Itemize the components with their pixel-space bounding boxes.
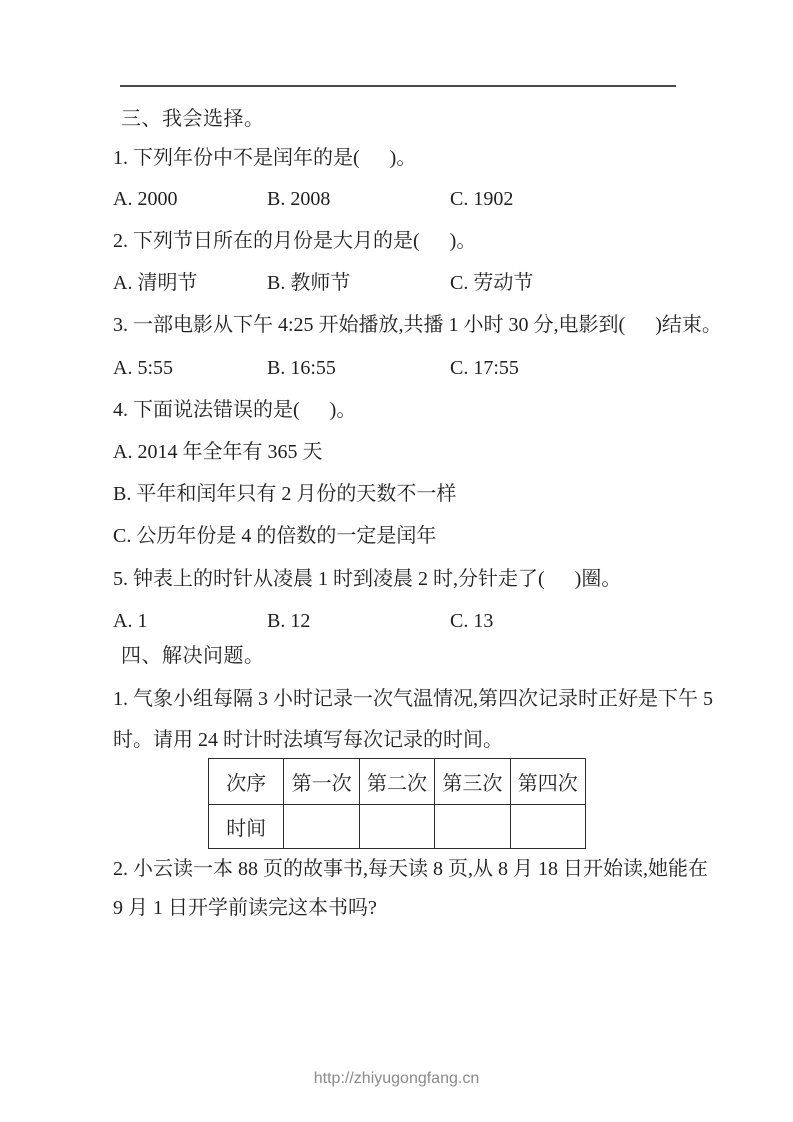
question-4-option-a: A. 2014 年全年有 365 天 — [113, 437, 322, 467]
question-1-option-c: C. 1902 — [450, 184, 678, 214]
problem-2-text-line2: 9 月 1 日开学前读完这本书吗? — [113, 893, 377, 923]
question-5-option-c: C. 13 — [450, 606, 678, 636]
question-1-text: 1. 下列年份中不是闰年的是( )。 — [113, 143, 416, 173]
question-3-option-a: A. 5:55 — [113, 353, 267, 383]
question-2-option-a: A. 清明节 — [113, 268, 267, 298]
question-1-options: A. 2000 B. 2008 C. 1902 — [113, 184, 678, 214]
question-4-option-c: C. 公历年份是 4 的倍数的一定是闰年 — [113, 521, 436, 551]
question-1-option-a: A. 2000 — [113, 184, 267, 214]
question-5-text: 5. 钟表上的时针从凌晨 1 时到凌晨 2 时,分针走了( )圈。 — [113, 564, 621, 594]
table-blank-cell-1 — [284, 805, 359, 849]
problem-1-text-line2: 时。请用 24 时计时法填写每次记录的时间。 — [113, 725, 503, 755]
section3-heading: 三、我会选择。 — [121, 104, 265, 134]
question-5-option-a: A. 1 — [113, 606, 267, 636]
question-4-option-b: B. 平年和闰年只有 2 月份的天数不一样 — [113, 479, 456, 509]
question-3-options: A. 5:55 B. 16:55 C. 17:55 — [113, 353, 678, 383]
section4-heading: 四、解决问题。 — [121, 641, 265, 671]
time-record-table: 次序 第一次 第二次 第三次 第四次 时间 — [208, 758, 586, 849]
question-5-options: A. 1 B. 12 C. 13 — [113, 606, 678, 636]
question-3-option-b: B. 16:55 — [267, 353, 450, 383]
question-2-text: 2. 下列节日所在的月份是大月的是( )。 — [113, 226, 476, 256]
question-3-option-c: C. 17:55 — [450, 353, 678, 383]
question-3-text: 3. 一部电影从下午 4:25 开始播放,共播 1 小时 30 分,电影到( )… — [113, 310, 722, 340]
table-header-second: 第二次 — [359, 759, 434, 805]
footer-url: http://zhiyugongfang.cn — [0, 1064, 793, 1094]
question-2-options: A. 清明节 B. 教师节 C. 劳动节 — [113, 268, 678, 298]
table-blank-cell-2 — [359, 805, 434, 849]
problem-2-text-line1: 2. 小云读一本 88 页的故事书,每天读 8 页,从 8 月 18 日开始读,… — [113, 854, 708, 884]
table-header-fourth: 第四次 — [510, 759, 585, 805]
table-time-row: 时间 — [209, 805, 586, 849]
top-divider — [120, 85, 676, 87]
table-header-first: 第一次 — [284, 759, 359, 805]
table-header-third: 第三次 — [435, 759, 510, 805]
question-4-text: 4. 下面说法错误的是( )。 — [113, 395, 356, 425]
table-header-order: 次序 — [209, 759, 284, 805]
table-header-row: 次序 第一次 第二次 第三次 第四次 — [209, 759, 586, 805]
table-blank-cell-4 — [510, 805, 585, 849]
question-2-option-b: B. 教师节 — [267, 268, 450, 298]
worksheet-page: 三、我会选择。 1. 下列年份中不是闰年的是( )。 A. 2000 B. 20… — [0, 0, 793, 1122]
question-1-option-b: B. 2008 — [267, 184, 450, 214]
question-2-option-c: C. 劳动节 — [450, 268, 678, 298]
table-blank-cell-3 — [435, 805, 510, 849]
table-row-label: 时间 — [209, 805, 284, 849]
question-5-option-b: B. 12 — [267, 606, 450, 636]
problem-1-text-line1: 1. 气象小组每隔 3 小时记录一次气温情况,第四次记录时正好是下午 5 — [113, 684, 713, 714]
